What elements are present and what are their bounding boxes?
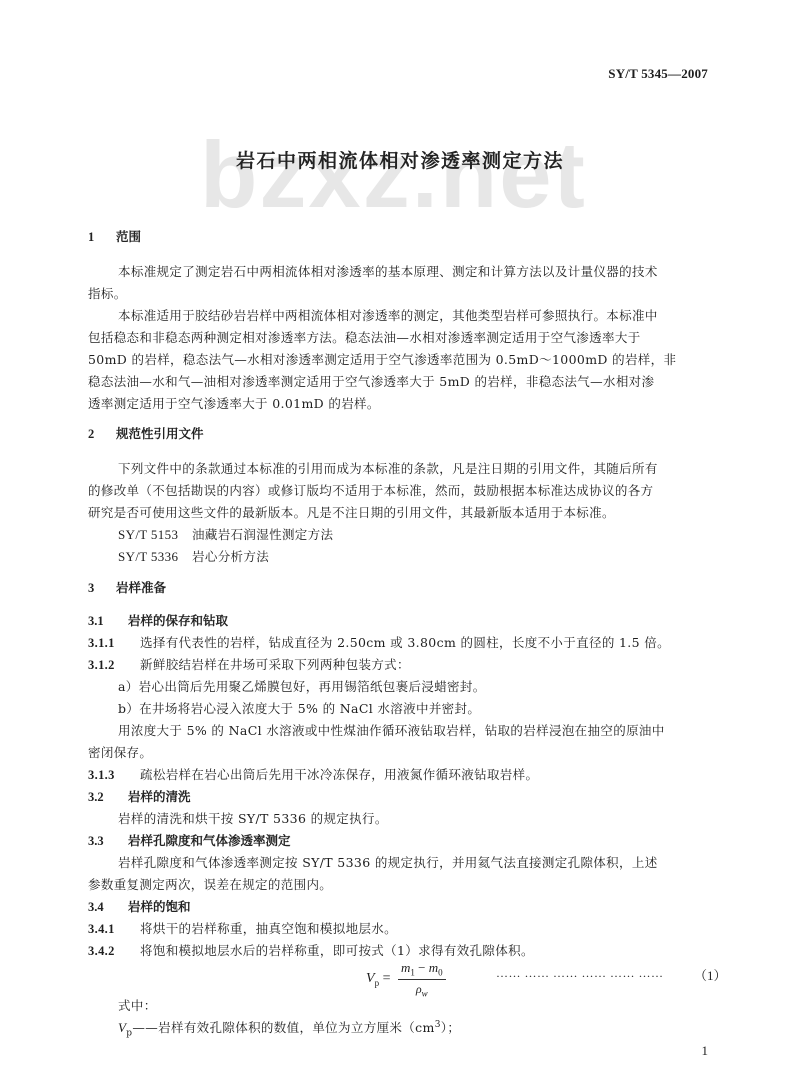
clause-number: 3.1.2: [88, 658, 140, 673]
equation-label: （1）: [694, 965, 727, 984]
clause-3-4-1: 3.4.1将烘干的岩样称重，抽真空饱和模拟地层水。: [88, 919, 397, 937]
paragraph-line: 参数重复测定两次，误差在规定的范围内。: [88, 875, 332, 893]
clause-number: 3.1.3: [88, 768, 140, 783]
eq-numerator: m1 − m0: [398, 960, 446, 980]
paragraph-line: 密闭保存。: [88, 743, 152, 761]
clause-number: 3.4.2: [88, 944, 140, 959]
section-3-heading: 3岩样准备: [88, 578, 166, 596]
page-number: 1: [702, 1043, 709, 1059]
clause-text: 将饱和模拟地层水后的岩样称重，即可按式（1）求得有效孔隙体积。: [140, 943, 534, 958]
section-number: 3: [88, 581, 116, 596]
where-label: 式中：: [118, 996, 157, 1014]
paragraph-line: 的修改单（不包括勘误的内容）或修订版均不适用于本标准，然而，鼓励根据本标准达成协…: [88, 481, 653, 499]
list-item: b）在井场将岩心浸入浓度大于 5% 的 NaCl 水溶液中并密封。: [118, 699, 480, 717]
clause-3-4-2: 3.4.2将饱和模拟地层水后的岩样称重，即可按式（1）求得有效孔隙体积。: [88, 941, 534, 959]
section-title: 范围: [116, 229, 141, 244]
clause-text: 疏松岩样在岩心出筒后先用干冰冷冻保存，用液氮作循环液钻取岩样。: [140, 767, 538, 782]
subsection-title: 岩样的保存和钻取: [128, 613, 228, 628]
clause-number: 3.4.1: [88, 922, 140, 937]
watermark: bzxz.net: [200, 128, 587, 222]
subsection-number: 3.3: [88, 834, 128, 849]
eq-fraction: m1 − m0 ρw: [398, 960, 446, 998]
paragraph-line: 用浓度大于 5% 的 NaCl 水溶液或中性煤油作循环液钻取岩样，钻取的岩样浸泡…: [118, 721, 665, 739]
clause-text: 新鲜胶结岩样在井场可采取下列两种包装方式：: [140, 657, 410, 672]
section-2-heading: 2规范性引用文件: [88, 424, 204, 442]
paragraph-line: 本标准适用于胶结砂岩岩样中两相流体相对渗透率的测定，其他类型岩样可参照执行。本标…: [118, 306, 658, 324]
document-title: 岩石中两相流体相对渗透率测定方法: [0, 146, 800, 173]
paragraph-line: 指标。: [88, 284, 127, 302]
eq-denominator: ρw: [398, 980, 446, 998]
reference-title: 岩心分析方法: [192, 549, 269, 564]
paragraph-line: 研究是否可使用这些文件的最新版本。凡是不注日期的引用文件，其最新版本适用于本标准…: [88, 503, 615, 521]
subsection-number: 3.4: [88, 900, 128, 915]
reference-item: SY/T 5153油藏岩石润湿性测定方法: [118, 525, 333, 543]
clause-number: 3.1.1: [88, 636, 140, 651]
section-title: 规范性引用文件: [116, 426, 204, 441]
subsection-3-2-heading: 3.2岩样的清洗: [88, 787, 191, 805]
subsection-title: 岩样的清洗: [128, 789, 191, 804]
equation-leader-dots: …… …… …… …… …… ……: [496, 966, 664, 981]
reference-code: SY/T 5336: [118, 549, 192, 565]
section-title: 岩样准备: [116, 580, 166, 595]
section-1-heading: 1范围: [88, 227, 141, 245]
reference-title: 油藏岩石润湿性测定方法: [192, 527, 333, 542]
reference-code: SY/T 5153: [118, 527, 192, 543]
clause-text: 将烘干的岩样称重，抽真空饱和模拟地层水。: [140, 921, 397, 936]
eq-lhs: V: [366, 971, 375, 986]
paragraph-line: 岩样的清洗和烘干按 SY/T 5336 的规定执行。: [118, 809, 388, 827]
variable-definition: Vp——岩样有效孔隙体积的数值，单位为立方厘米（cm3）；: [118, 1018, 460, 1039]
subsection-3-1-heading: 3.1岩样的保存和钻取: [88, 611, 228, 629]
clause-3-1-2: 3.1.2新鲜胶结岩样在井场可采取下列两种包装方式：: [88, 655, 410, 673]
subsection-number: 3.2: [88, 790, 128, 805]
clause-3-1-1: 3.1.1选择有代表性的岩样，钻成直径为 2.50cm 或 3.80cm 的圆柱…: [88, 633, 670, 651]
paragraph-line: 50mD 的岩样，稳态法气—水相对渗透率测定适用于空气渗透率范围为 0.5mD～…: [88, 350, 676, 368]
subsection-3-4-heading: 3.4岩样的饱和: [88, 897, 191, 915]
section-number: 2: [88, 427, 116, 442]
subsection-title: 岩样的饱和: [128, 899, 191, 914]
paragraph-line: 下列文件中的条款通过本标准的引用而成为本标准的条款，凡是注日期的引用文件，其随后…: [118, 459, 658, 477]
section-number: 1: [88, 230, 116, 245]
clause-text: 选择有代表性的岩样，钻成直径为 2.50cm 或 3.80cm 的圆柱，长度不小…: [140, 635, 670, 650]
paragraph-line: 岩样孔隙度和气体渗透率测定按 SY/T 5336 的规定执行，并用氦气法直接测定…: [118, 853, 658, 871]
standard-code: SY/T 5345—2007: [608, 66, 708, 82]
subsection-number: 3.1: [88, 614, 128, 629]
paragraph-line: 包括稳态和非稳态两种测定相对渗透率方法。稳态法油—水相对渗透率测定适用于空气渗透…: [88, 328, 641, 346]
subsection-title: 岩样孔隙度和气体渗透率测定: [128, 833, 291, 848]
reference-item: SY/T 5336岩心分析方法: [118, 547, 269, 565]
paragraph-line: 本标准规定了测定岩石中两相流体相对渗透率的基本原理、测定和计算方法以及计量仪器的…: [118, 262, 658, 280]
subsection-3-3-heading: 3.3岩样孔隙度和气体渗透率测定: [88, 831, 291, 849]
eq-lhs-sub: p: [375, 978, 380, 988]
paragraph-line: 稳态法油—水和气—油相对渗透率测定适用于空气渗透率大于 5mD 的岩样，非稳态法…: [88, 372, 654, 390]
paragraph-line: 透率测定适用于空气渗透率大于 0.01mD 的岩样。: [88, 394, 380, 412]
clause-3-1-3: 3.1.3疏松岩样在岩心出筒后先用干冰冷冻保存，用液氮作循环液钻取岩样。: [88, 765, 538, 783]
equation-1: Vp = m1 − m0 ρw: [366, 960, 446, 998]
list-item: a）岩心出筒后先用聚乙烯膜包好，再用锡箔纸包裹后浸蜡密封。: [118, 677, 486, 695]
